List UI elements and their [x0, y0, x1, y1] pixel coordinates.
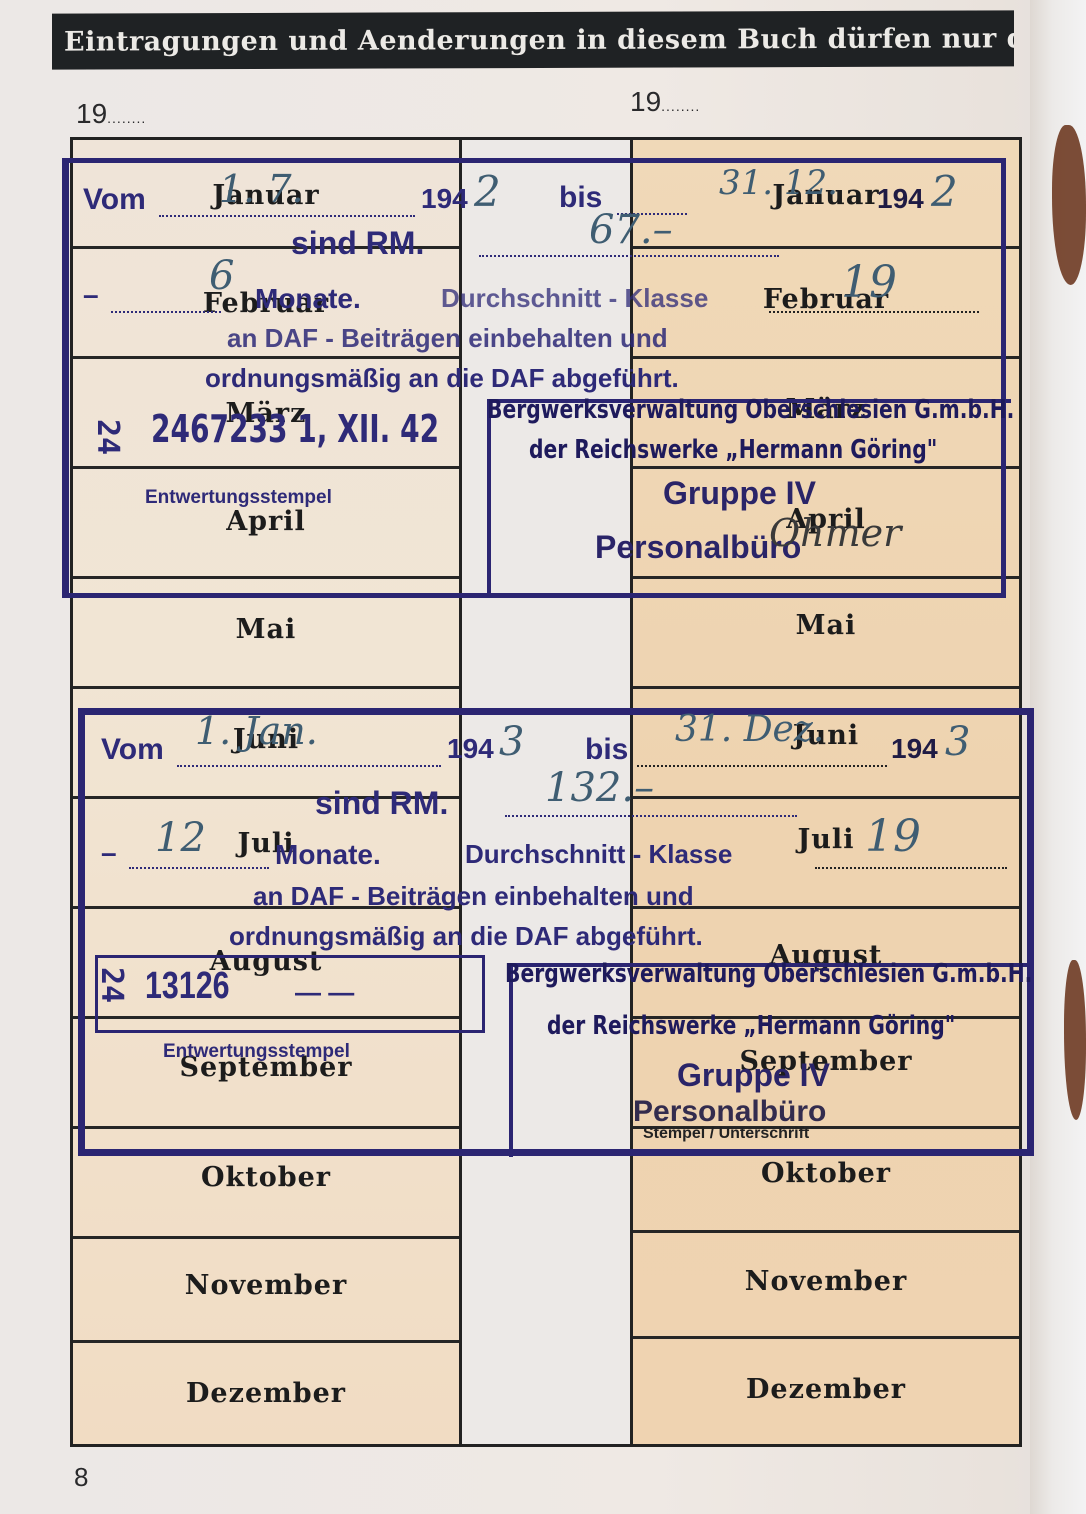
- month-cell: November: [633, 1266, 1019, 1297]
- amount-handwritten: 132.–: [545, 765, 654, 811]
- year-dots: ........: [661, 98, 700, 114]
- page-number: 8: [74, 1462, 88, 1493]
- year-label-left: 19........: [76, 98, 146, 130]
- company-line-3: Gruppe IV: [677, 1057, 830, 1094]
- daf-stamp-1943: Vom 1. Jan. 194 3 bis 31. Dez. 194 3 sin…: [78, 708, 1034, 1156]
- dash: –: [83, 279, 99, 311]
- year-label-right: 19........: [630, 86, 700, 118]
- month-cell: Dezember: [73, 1378, 459, 1409]
- month-cell: Mai: [633, 610, 1019, 641]
- company-line-3: Gruppe IV: [663, 475, 816, 512]
- year-prefix: 194: [421, 183, 468, 215]
- from-year-handwritten: 3: [499, 719, 524, 765]
- stamp-line-4: ordnungsmäßig an die DAF abgeführt.: [205, 363, 679, 394]
- vom-label: Vom: [83, 183, 146, 217]
- klasse-label: Durchschnitt - Klasse: [441, 283, 708, 314]
- header-text: Eintragungen und Aenderungen in diesem B…: [64, 23, 1014, 58]
- company-line-4: Personalbüro: [633, 1095, 826, 1129]
- cancel-label: Entwertungsstempel: [145, 487, 332, 509]
- amount-handwritten: 67.–: [589, 207, 673, 253]
- rust-stain-top: [1052, 125, 1086, 285]
- to-year-handwritten: 3: [945, 719, 970, 765]
- company-line-2: der Reichswerke „Hermann Göring": [529, 435, 937, 465]
- monate-label: Monate.: [275, 839, 381, 871]
- to-year-handwritten: 2: [931, 167, 958, 216]
- cancel-stamp-number: 2467233 1, XII. 42: [151, 407, 439, 451]
- cancel-stamp-number: 13126: [145, 965, 230, 1008]
- month-cell: November: [73, 1270, 459, 1301]
- month-cell: Oktober: [633, 1158, 1019, 1189]
- to-year-prefix: 194: [891, 733, 938, 765]
- stamp-signature-label: Stempel / Unterschrift: [643, 1125, 809, 1143]
- cancel-prefix: 24: [94, 967, 129, 1003]
- company-line-1: Bergwerksverwaltung Oberschlesien G.m.b.…: [505, 959, 1032, 989]
- year-prefix: 19: [76, 98, 107, 129]
- year-dots: ........: [107, 110, 146, 126]
- year-prefix: 19: [630, 86, 661, 117]
- klasse-value-handwritten: 19: [841, 257, 897, 308]
- dash: –: [101, 837, 117, 869]
- klasse-value-handwritten: 19: [865, 811, 921, 862]
- cancel-label: Entwertungsstempel: [163, 1041, 350, 1063]
- from-date-handwritten: 1. 7.: [219, 167, 304, 211]
- stamp-line-4: ordnungsmäßig an die DAF abgeführt.: [229, 921, 703, 952]
- monate-label: Monate.: [255, 283, 361, 315]
- cancel-prefix: 24: [90, 419, 125, 455]
- sind-rm-label: sind RM.: [291, 225, 424, 262]
- stamp-line-3: an DAF - Beiträgen einbehalten und: [253, 881, 694, 912]
- company-line-1: Bergwerksverwaltung Oberschlesien G.m.b.…: [487, 395, 1014, 425]
- rust-stain-bottom: [1064, 960, 1086, 1120]
- signature: Ohmer: [769, 511, 901, 555]
- to-year-prefix: 194: [877, 183, 924, 215]
- months-count-handwritten: 6: [209, 253, 234, 299]
- stamp-line-3: an DAF - Beiträgen einbehalten und: [227, 323, 668, 354]
- to-date-handwritten: 31. Dez.: [675, 709, 824, 750]
- daf-stamp-1942: Vom 1. 7. 194 2 bis 31. 12. 194 2 sind R…: [62, 158, 1006, 598]
- month-cell: Dezember: [633, 1374, 1019, 1405]
- from-date-handwritten: 1. Jan.: [195, 709, 318, 753]
- klasse-label: Durchschnitt - Klasse: [465, 839, 732, 870]
- sind-rm-label: sind RM.: [315, 785, 448, 822]
- month-cell: Mai: [73, 614, 459, 645]
- cancel-dashes: — —: [295, 977, 354, 1008]
- vom-label: Vom: [101, 733, 164, 767]
- year-prefix: 194: [447, 733, 494, 765]
- month-cell: Oktober: [73, 1162, 459, 1193]
- from-year-handwritten: 2: [474, 167, 501, 216]
- to-date-handwritten: 31. 12.: [719, 163, 838, 203]
- company-line-2: der Reichswerke „Hermann Göring": [547, 1011, 955, 1041]
- months-count-handwritten: 12: [155, 815, 206, 861]
- page-header-banner: Eintragungen und Aenderungen in diesem B…: [52, 10, 1014, 69]
- bis-label: bis: [585, 733, 628, 767]
